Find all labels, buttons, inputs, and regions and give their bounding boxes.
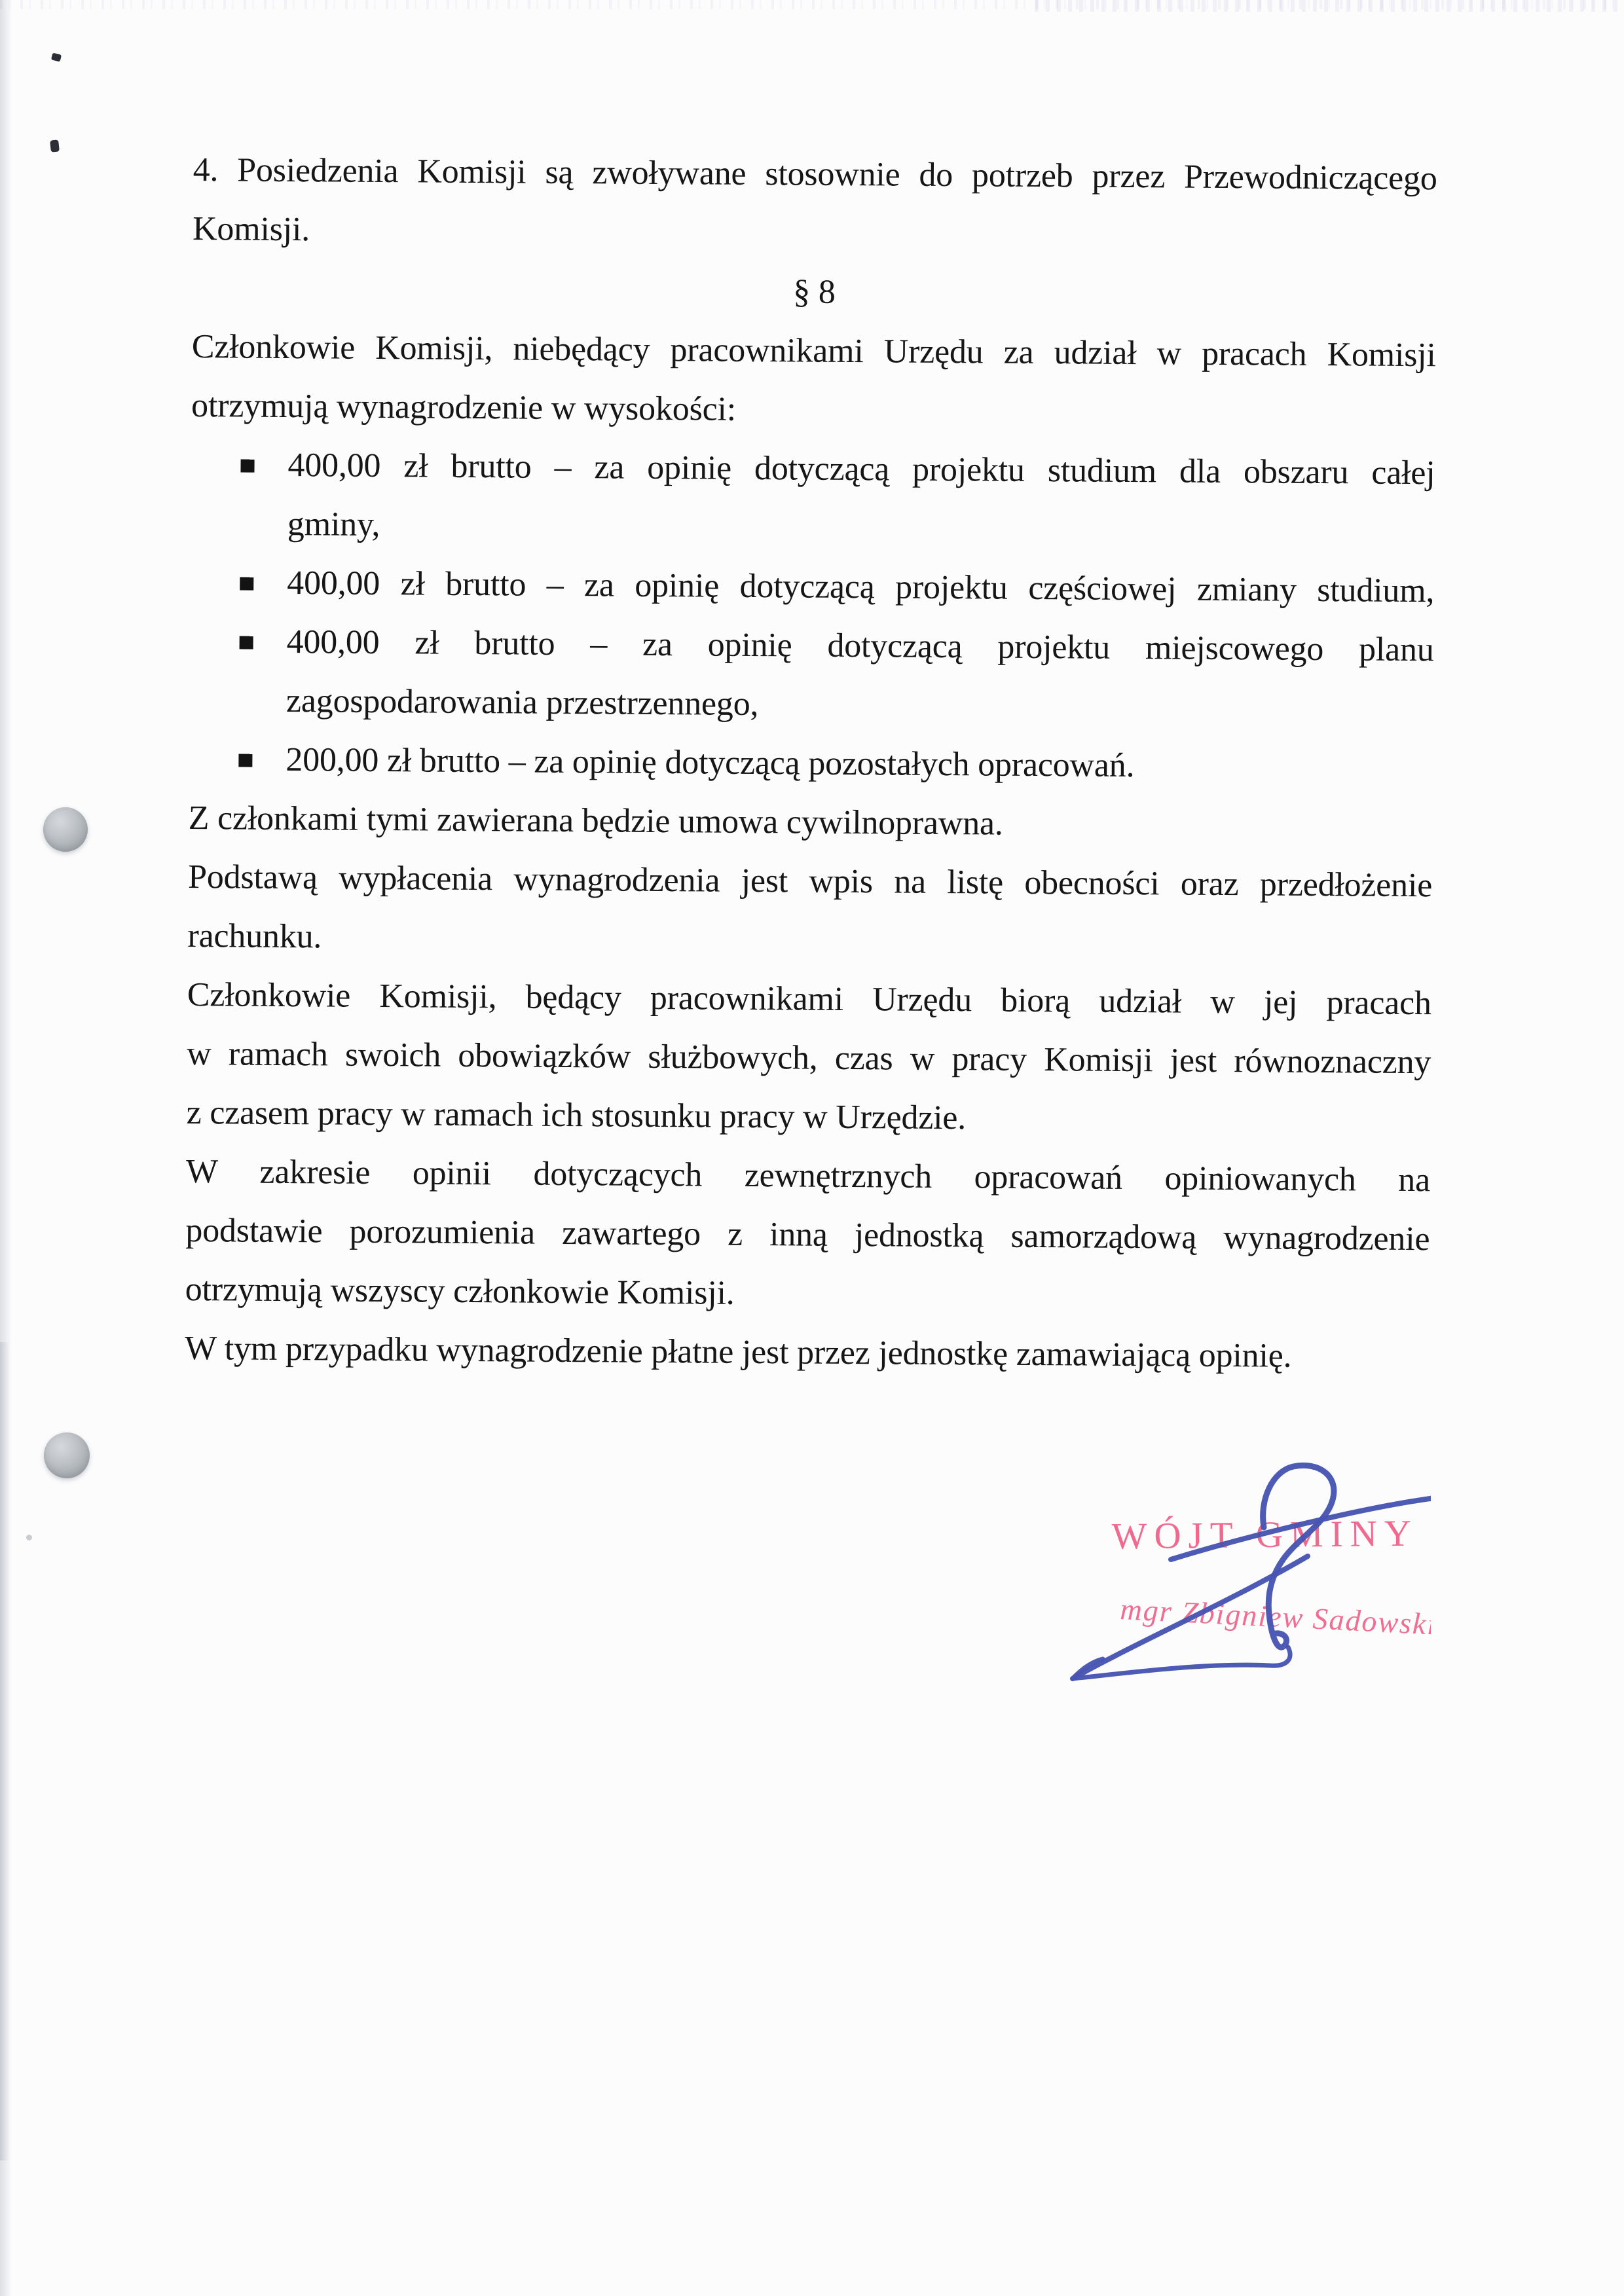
line-text: 400,00 zł brutto – za opinię dotyczącą p… [287, 446, 1435, 492]
text-line: Z członkami tymi zawierana będzie umowa … [188, 789, 1433, 856]
text-line: 400,00 zł brutto – za opinię dotyczącą p… [189, 612, 1434, 680]
text-line: 400,00 zł brutto – za opinię dotyczącą p… [190, 553, 1435, 621]
signature-svg: WÓJT GMINY mgr Zbigniew Sadowski [1012, 1437, 1431, 1725]
scan-noise-top-right [1035, 0, 1624, 12]
text-line: Podstawą wypłacenia wynagrodzenia jest w… [188, 848, 1433, 915]
line-text: zagospodarowania przestrzennego, [286, 682, 759, 723]
line-text: Komisji. [193, 210, 310, 248]
ink-speck [26, 1535, 32, 1540]
scan-edge-shadow-lower [0, 1342, 10, 2160]
bullet-marker-icon [238, 754, 252, 767]
text-line: 4. Posiedzenia Komisji są zwoływane stos… [193, 141, 1437, 208]
line-text: otrzymują wszyscy członkowie Komisji. [185, 1271, 735, 1312]
text-line: podstawie porozumienia zawartego z inną … [185, 1201, 1430, 1269]
line-text: W zakresie opinii dotyczących zewnętrzny… [186, 1153, 1430, 1199]
line-text: 200,00 zł brutto – za opinię dotyczącą p… [286, 741, 1134, 784]
line-text: Członkowie Komisji, niebędący pracownika… [192, 328, 1436, 374]
text-line: 200,00 zł brutto – za opinię dotyczącą p… [189, 730, 1433, 797]
punch-hole-mark [43, 807, 88, 852]
bullet-marker-icon [240, 577, 253, 591]
line-text: Podstawą wypłacenia wynagrodzenia jest w… [188, 858, 1432, 904]
text-line: Członkowie Komisji, będący pracownikami … [187, 966, 1432, 1033]
text-line: 400,00 zł brutto – za opinię dotyczącą p… [191, 435, 1435, 503]
text-line: z czasem pracy w ramach ich stosunku pra… [186, 1084, 1431, 1151]
text-line: gminy, [191, 494, 1435, 562]
text-line: otrzymują wszyscy członkowie Komisji. [185, 1260, 1430, 1328]
text-line: W tym przypadku wynagrodzenie płatne jes… [185, 1319, 1430, 1387]
text-line: Komisji. [193, 200, 1437, 267]
section-heading: § 8 [192, 259, 1437, 326]
ink-speck [50, 139, 60, 152]
line-text: gminy, [287, 505, 380, 543]
line-text: Członkowie Komisji, będący pracownikami … [187, 976, 1431, 1022]
handwritten-signature-icon [1073, 1465, 1431, 1679]
line-text: 4. Posiedzenia Komisji są zwoływane stos… [193, 151, 1437, 197]
scanned-page: 4. Posiedzenia Komisji są zwoływane stos… [0, 0, 1624, 2296]
line-text: z czasem pracy w ramach ich stosunku pra… [186, 1094, 966, 1137]
line-text: w ramach swoich obowiązków służbowych, c… [187, 1035, 1431, 1081]
bullet-marker-icon [240, 460, 254, 473]
punch-hole-mark [44, 1432, 90, 1478]
text-line: rachunku. [187, 907, 1432, 974]
line-text: W tym przypadku wynagrodzenie płatne jes… [185, 1330, 1292, 1375]
line-text: rachunku. [187, 917, 322, 955]
text-line: zagospodarowania przestrzennego, [189, 671, 1434, 738]
text-line: w ramach swoich obowiązków służbowych, c… [187, 1025, 1431, 1092]
line-text: Z członkami tymi zawierana będzie umowa … [189, 799, 1003, 843]
line-text: 400,00 zł brutto – za opinię dotyczącą p… [287, 564, 1434, 610]
bullet-marker-icon [240, 636, 253, 649]
line-text: podstawie porozumienia zawartego z inną … [185, 1212, 1430, 1258]
line-text: otrzymują wynagrodzenie w wysokości: [191, 387, 736, 428]
text-line: Członkowie Komisji, niebędący pracownika… [191, 318, 1436, 385]
ink-speck [51, 52, 62, 62]
text-line: W zakresie opinii dotyczących zewnętrzny… [186, 1142, 1431, 1210]
line-text: § 8 [793, 273, 836, 310]
text-line: otrzymują wynagrodzenie w wysokości: [191, 376, 1436, 444]
signature-block: WÓJT GMINY mgr Zbigniew Sadowski [1012, 1437, 1431, 1725]
document-body: 4. Posiedzenia Komisji są zwoływane stos… [185, 141, 1437, 1387]
line-text: 400,00 zł brutto – za opinię dotyczącą p… [286, 623, 1433, 668]
